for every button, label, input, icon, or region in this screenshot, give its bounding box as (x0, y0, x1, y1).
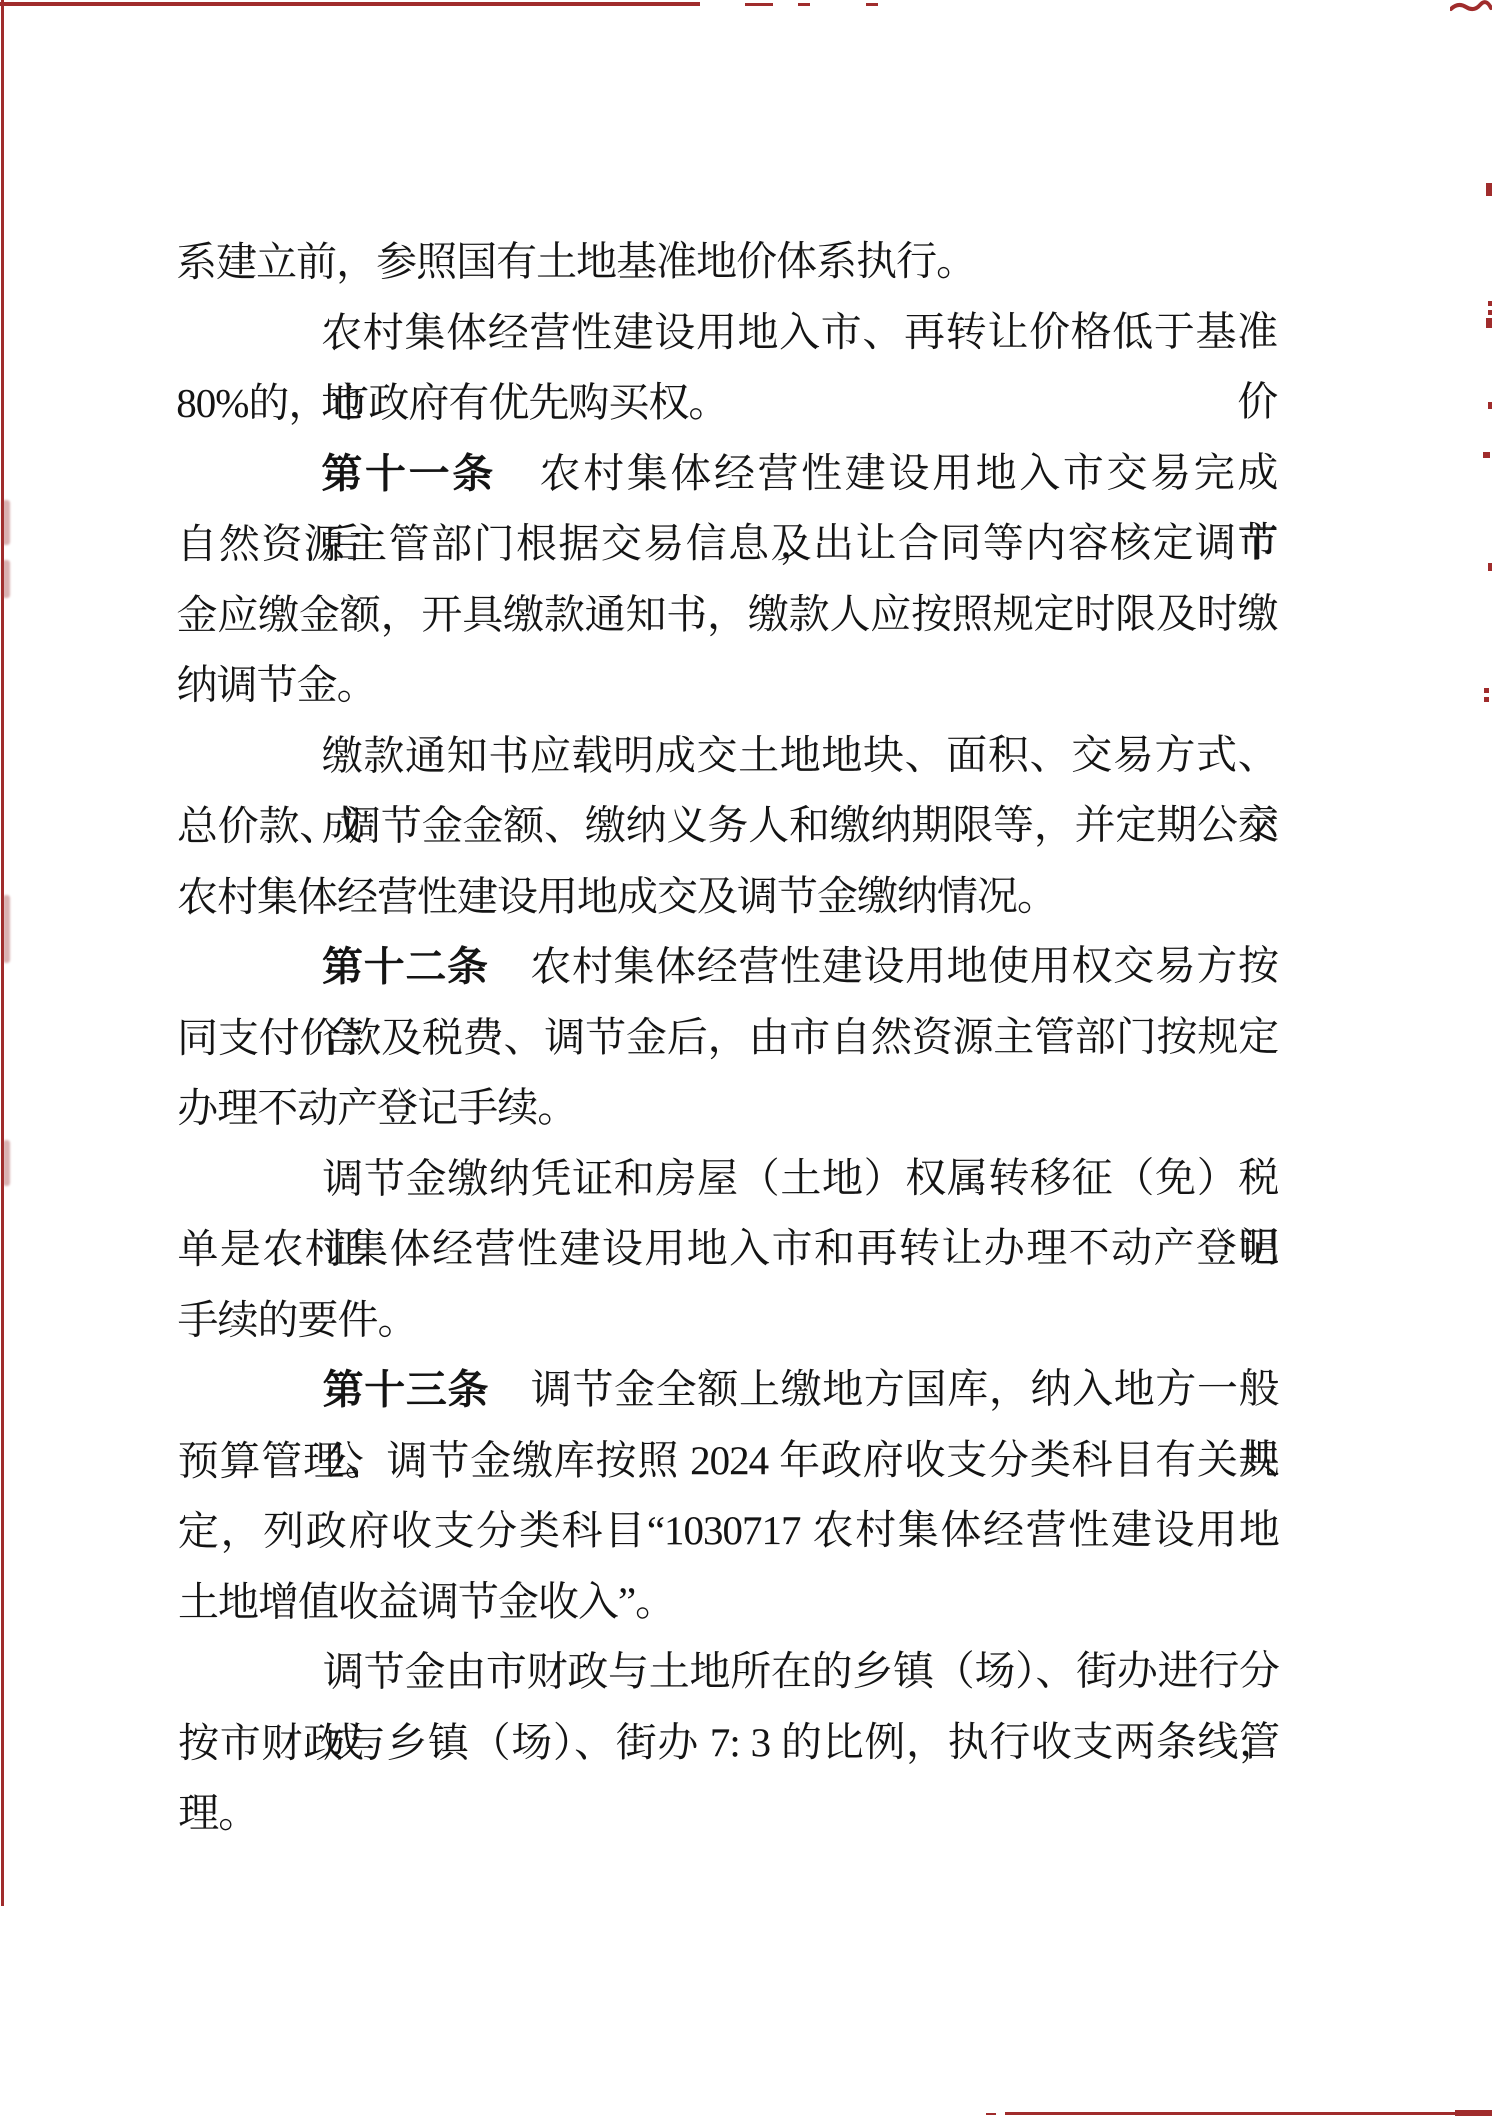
text-line: 同支付价款及税费、调节金后，由市自然资源主管部门按规定 (177, 1001, 1278, 1073)
text-line: 办理不动产登记手续。 (177, 1071, 1278, 1143)
scan-bottom-edge-blob (1455, 2110, 1492, 2116)
document-text: 系建立前，参照国有土地基准地价体系执行。农村集体经营性建设用地入市、再转让价格低… (176, 225, 1279, 1848)
scan-right-edge-mark (1484, 688, 1489, 693)
scan-left-speck (2, 560, 10, 598)
text-line: 第十三条 调节金全额上缴地方国库，纳入地方一般公共 (178, 1353, 1279, 1425)
text-line: 纳调节金。 (177, 648, 1278, 720)
scan-right-edge-mark (1484, 697, 1489, 702)
scan-bottom-edge-line (1005, 2112, 1492, 2115)
scan-right-edge-mark (1488, 402, 1492, 409)
text-line: 第十一条 农村集体经营性建设用地入市交易完成后，市 (176, 437, 1277, 509)
scan-right-edge-mark (1488, 301, 1492, 306)
scan-top-dash (866, 3, 878, 6)
scan-top-dash (798, 3, 810, 6)
text-line: 定，列政府收支分类科目“1030717 农村集体经营性建设用地 (178, 1494, 1279, 1566)
text-line: 预算管理。调节金缴库按照 2024 年政府收支分类科目有关规 (178, 1424, 1279, 1496)
text-line: 手续的要件。 (177, 1283, 1278, 1355)
scan-left-speck (2, 500, 10, 545)
scan-left-speck (3, 1140, 10, 1186)
text-line: 调节金由市财政与土地所在的乡镇（场）、街办进行分成， (178, 1635, 1279, 1707)
scan-top-dash (745, 3, 773, 6)
text-line: 第十二条 农村集体经营性建设用地使用权交易方按合 (177, 930, 1278, 1002)
text-line: 总价款、调节金金额、缴纳义务人和缴纳期限等，并定期公示 (177, 789, 1278, 861)
text-line: 农村集体经营性建设用地入市、再转让价格低于基准地价 (176, 296, 1277, 368)
text-line: 系建立前，参照国有土地基准地价体系执行。 (176, 225, 1277, 297)
article-number: 第十二条 (322, 944, 489, 990)
scan-top-edge-line (0, 2, 700, 6)
scan-bottom-dash (986, 2113, 996, 2115)
text-line: 单是农村集体经营性建设用地入市和再转让办理不动产登记 (177, 1212, 1278, 1284)
text-line: 理。 (178, 1776, 1279, 1848)
text-line: 农村集体经营性建设用地成交及调节金缴纳情况。 (177, 860, 1278, 932)
scan-right-edge-mark (1488, 310, 1492, 315)
scan-right-edge-mark (1486, 183, 1492, 196)
scan-top-right-squiggle (1450, 0, 1492, 14)
scan-right-edge-mark (1486, 318, 1492, 328)
scan-right-edge-mark (1488, 563, 1492, 571)
scan-left-speck (3, 895, 10, 963)
text-line: 按市财政与乡镇（场）、街办 7: 3 的比例，执行收支两条线管 (178, 1706, 1279, 1778)
article-number: 第十一条 (321, 450, 496, 496)
scan-right-edge-mark (1483, 452, 1490, 458)
text-line: 自然资源主管部门根据交易信息及出让合同等内容核定调节 (176, 507, 1277, 579)
text-line: 土地增值收益调节金收入”。 (178, 1565, 1279, 1637)
article-number: 第十三条 (323, 1367, 490, 1413)
text-line: 金应缴金额，开具缴款通知书，缴款人应按照规定时限及时缴 (176, 578, 1277, 650)
text-line: 缴款通知书应载明成交土地地块、面积、交易方式、成交 (177, 719, 1278, 791)
scanned-document-page: 系建立前，参照国有土地基准地价体系执行。农村集体经营性建设用地入市、再转让价格低… (0, 0, 1492, 2117)
text-line: 调节金缴纳凭证和房屋（土地）权属转移征（免）税证明 (177, 1142, 1278, 1214)
